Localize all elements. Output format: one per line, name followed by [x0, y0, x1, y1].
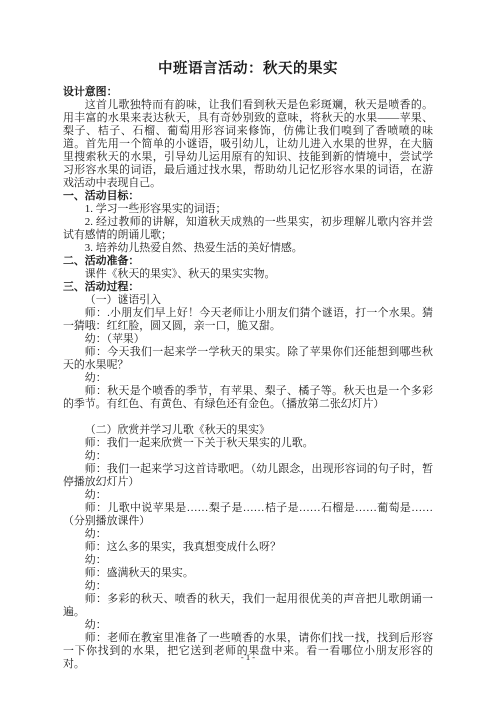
paragraph: 师：.小朋友们早上好！今天老师让小朋友们猜个谜语，打一个水果。猜一猜哦：红红脸，… — [63, 307, 433, 333]
paragraph: 幼： — [63, 489, 433, 502]
section-heading: 二、活动准备： — [63, 255, 433, 268]
paragraph: 幼： — [63, 619, 433, 632]
document-title: 中班语言活动：秋天的果实 — [63, 58, 433, 80]
paragraph: 这首儿歌独特而有韵味，让我们看到秋天是色彩斑斓，秋天是喷香的。用丰富的水果来表达… — [63, 99, 433, 190]
paragraph: 师：我们一起来学习这首诗歌吧。（幼儿跟念，出现形容词的句子时，暂停播放幻灯片） — [63, 463, 433, 489]
paragraph: 师：多彩的秋天、喷香的秋天，我们一起用很优美的声音把儿歌朗诵一遍。 — [63, 593, 433, 619]
paragraph: 师：秋天是个喷香的季节，有苹果、梨子、橘子等。秋天也是一个多彩的季节。有红色、有… — [63, 385, 433, 411]
paragraph: 幼： — [63, 372, 433, 385]
paragraph: （一）谜语引入 — [63, 294, 433, 307]
document-body: 设计意图：这首儿歌独特而有韵味，让我们看到秋天是色彩斑斓，秋天是喷香的。用丰富的… — [63, 86, 433, 671]
paragraph: 幼： — [63, 554, 433, 567]
section-heading: 设计意图： — [63, 86, 433, 99]
paragraph: 师：盛满秋天的果实。 — [63, 567, 433, 580]
blank-line — [63, 411, 433, 424]
page-number: - 1 - — [0, 652, 496, 662]
paragraph: 师：今天我们一起来学一学秋天的果实。除了苹果你们还能想到哪些秋天的水果呢？ — [63, 346, 433, 372]
paragraph: 幼： — [63, 528, 433, 541]
document-page: 中班语言活动：秋天的果实 设计意图：这首儿歌独特而有韵味，让我们看到秋天是色彩斑… — [0, 0, 496, 702]
paragraph: 师：儿歌中说苹果是……梨子是……桔子是……石榴是……葡萄是……（分别播放课件） — [63, 502, 433, 528]
paragraph: 2. 经过教师的讲解，知道秋天成熟的一些果实，初步理解儿歌内容并尝试有感情的朗诵… — [63, 216, 433, 242]
section-heading: 三、活动过程： — [63, 281, 433, 294]
paragraph: 师：我们一起来欣赏一下关于秋天果实的儿歌。 — [63, 437, 433, 450]
paragraph: 师：这么多的果实，我真想变成什么呀？ — [63, 541, 433, 554]
paragraph: （二）欣赏并学习儿歌《秋天的果实》 — [63, 424, 433, 437]
paragraph: 1. 学习一些形容果实的词语； — [63, 203, 433, 216]
paragraph: 幼：（苹果） — [63, 333, 433, 346]
paragraph: 课件《秋天的果实》、秋天的果实实物。 — [63, 268, 433, 281]
paragraph: 幼： — [63, 580, 433, 593]
paragraph: 3. 培养幼儿热爱自然、热爱生活的美好情感。 — [63, 242, 433, 255]
section-heading: 一、活动目标： — [63, 190, 433, 203]
paragraph: 幼： — [63, 450, 433, 463]
